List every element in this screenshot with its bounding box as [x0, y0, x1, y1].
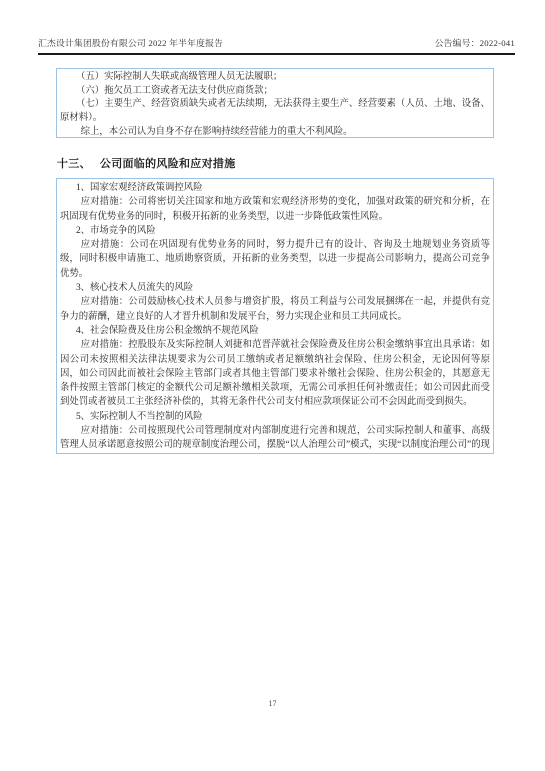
risk-measure-4: 应对措施：控股股东及实际控制人刘捷和范晋萍就社会保险费及住房公积金缴纳事宜出具承…: [60, 338, 490, 409]
section-number: 十三、: [57, 158, 91, 170]
section-title: 十三、公司面临的风险和应对措施: [57, 155, 236, 171]
risk-title-2: 2、市场竞争的风险: [60, 224, 490, 238]
going-concern-item-6: （六）拖欠员工工资或者无法支付供应商货款；: [60, 85, 490, 99]
going-concern-item-5: （五）实际控制人失联或高级管理人员无法履职；: [60, 71, 490, 85]
going-concern-item-7: （七）主要生产、经营资质缺失或者无法续期，无法获得主要生产、经营要素（人员、土地…: [60, 98, 490, 125]
risk-measures-box: 1、国家宏观经济政策调控风险 应对措施：公司将密切关注国家和地方政策和宏观经济形…: [56, 178, 494, 454]
risk-title-1: 1、国家宏观经济政策调控风险: [60, 181, 490, 195]
page-number: 17: [0, 699, 545, 708]
report-page: 汇杰设计集团股份有限公司 2022 年半年度报告 公告编号：2022-041 （…: [0, 0, 545, 771]
risk-title-3: 3、核心技术人员流失的风险: [60, 281, 490, 295]
risk-measure-5: 应对措施：公司按照现代公司管理制度对内部制度进行完善和规范，公司实际控制人和董事…: [60, 424, 490, 454]
header-divider: [38, 53, 515, 55]
risk-measure-3: 应对措施：公司鼓励核心技术人员参与增资扩股，将员工利益与公司发展捆绑在一起，并提…: [60, 295, 490, 324]
going-concern-conclusion: 综上，本公司认为自身不存在影响持续经营能力的重大不利风险。: [60, 126, 490, 138]
header-notice-number: 公告编号：2022-041: [435, 36, 515, 49]
risk-measure-1: 应对措施：公司将密切关注国家和地方政策和宏观经济形势的变化，加强对政策的研究和分…: [60, 195, 490, 224]
going-concern-box: （五）实际控制人失联或高级管理人员无法履职； （六）拖欠员工工资或者无法支付供应…: [56, 68, 494, 138]
header-company-title: 汇杰设计集团股份有限公司 2022 年半年度报告: [38, 36, 223, 49]
risk-measure-2: 应对措施：公司在巩固现有优势业务的同时，努力提升已有的设计、咨询及土地规划业务资…: [60, 238, 490, 281]
section-title-text: 公司面临的风险和应对措施: [100, 158, 236, 170]
page-header: 汇杰设计集团股份有限公司 2022 年半年度报告 公告编号：2022-041: [38, 36, 515, 49]
risk-title-4: 4、社会保险费及住房公积金缴纳不规范风险: [60, 324, 490, 338]
risk-title-5: 5、实际控制人不当控制的风险: [60, 410, 490, 424]
